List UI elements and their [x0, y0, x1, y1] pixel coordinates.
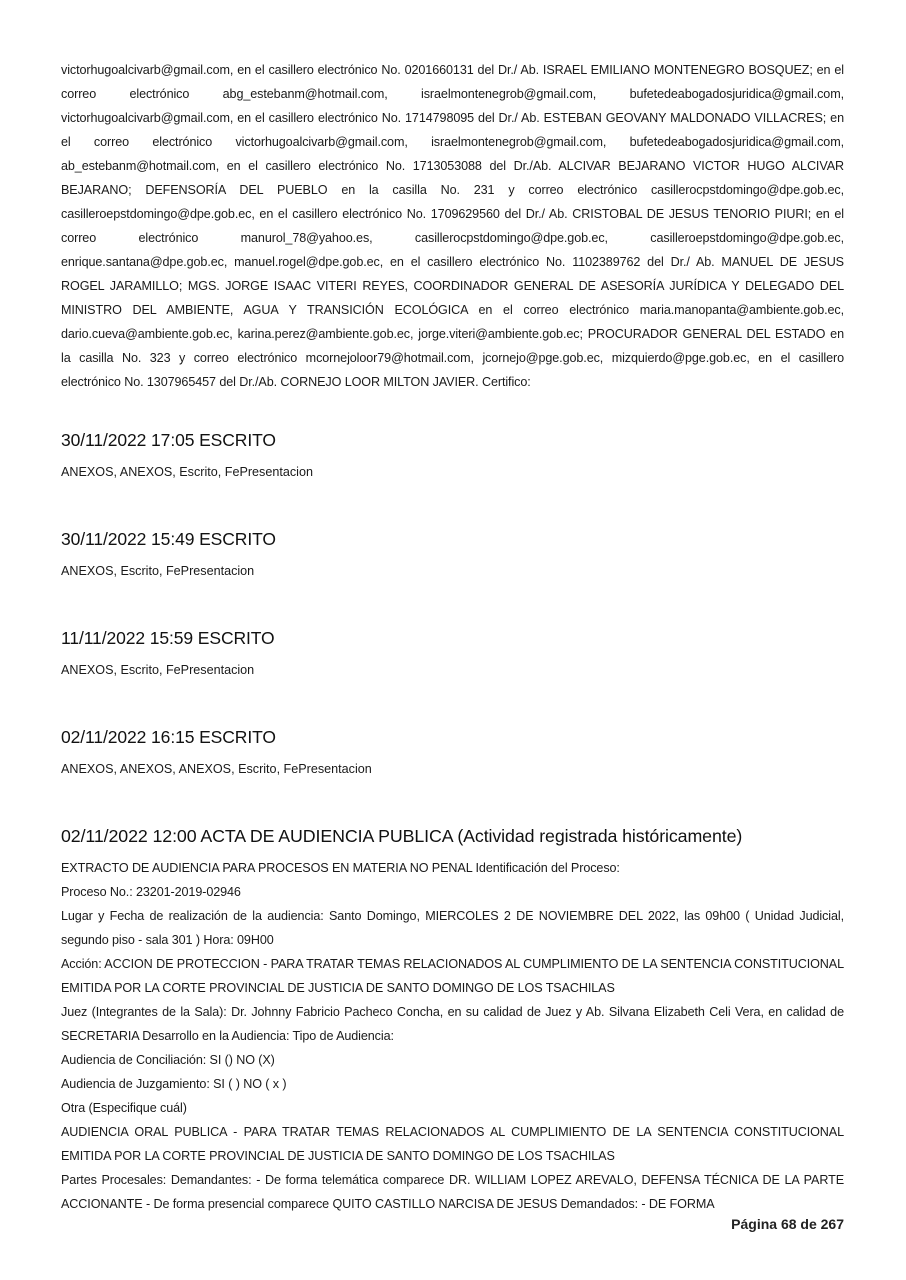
entry-title: 11/11/2022 15:59 ESCRITO: [61, 626, 844, 650]
entry-attachments: ANEXOS, ANEXOS, Escrito, FePresentacion: [61, 460, 844, 484]
docket-entry: 02/11/2022 16:15 ESCRITO ANEXOS, ANEXOS,…: [61, 725, 844, 781]
docket-entry: 11/11/2022 15:59 ESCRITO ANEXOS, Escrito…: [61, 626, 844, 682]
judgment-hearing: Audiencia de Juzgamiento: SI ( ) NO ( x …: [61, 1072, 844, 1096]
other-hearing-label: Otra (Especifique cuál): [61, 1096, 844, 1120]
extract-header: EXTRACTO DE AUDIENCIA PARA PROCESOS EN M…: [61, 856, 844, 880]
entry-title: 30/11/2022 17:05 ESCRITO: [61, 428, 844, 452]
document-page: victorhugoalcivarb@gmail.com, en el casi…: [61, 58, 844, 1216]
docket-entry: 30/11/2022 17:05 ESCRITO ANEXOS, ANEXOS,…: [61, 428, 844, 484]
docket-entry: 30/11/2022 15:49 ESCRITO ANEXOS, Escrito…: [61, 527, 844, 583]
conciliation-hearing: Audiencia de Conciliación: SI () NO (X): [61, 1048, 844, 1072]
entry-title: 02/11/2022 16:15 ESCRITO: [61, 725, 844, 749]
hearing-action: Acción: ACCION DE PROTECCION - PARA TRAT…: [61, 952, 844, 1000]
notification-recipients-paragraph: victorhugoalcivarb@gmail.com, en el casi…: [61, 58, 844, 394]
hearing-extract: EXTRACTO DE AUDIENCIA PARA PROCESOS EN M…: [61, 856, 844, 1216]
process-number: Proceso No.: 23201-2019-02946: [61, 880, 844, 904]
hearing-place-date: Lugar y Fecha de realización de la audie…: [61, 904, 844, 952]
entry-attachments: ANEXOS, ANEXOS, ANEXOS, Escrito, FePrese…: [61, 757, 844, 781]
other-hearing-description: AUDIENCIA ORAL PUBLICA - PARA TRATAR TEM…: [61, 1120, 844, 1168]
hearing-judge: Juez (Integrantes de la Sala): Dr. Johnn…: [61, 1000, 844, 1048]
entry-title: 30/11/2022 15:49 ESCRITO: [61, 527, 844, 551]
entry-attachments: ANEXOS, Escrito, FePresentacion: [61, 658, 844, 682]
entry-attachments: ANEXOS, Escrito, FePresentacion: [61, 559, 844, 583]
procedural-parties: Partes Procesales: Demandantes: - De for…: [61, 1168, 844, 1216]
page-number: Página 68 de 267: [731, 1216, 844, 1232]
docket-entry-acta-audiencia: 02/11/2022 12:00 ACTA DE AUDIENCIA PUBLI…: [61, 824, 844, 1216]
entry-title: 02/11/2022 12:00 ACTA DE AUDIENCIA PUBLI…: [61, 824, 844, 848]
